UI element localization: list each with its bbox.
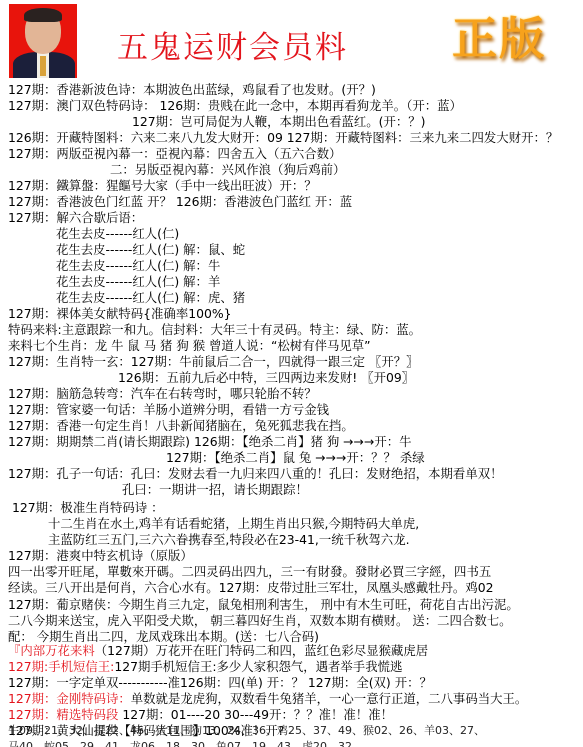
text-line: 127期：期期禁二肖(请长期跟踪) 126期：【绝杀二肖】猪 狗 →→→开：牛 bbox=[8, 434, 412, 450]
highlight-text: 单数就是龙虎狗，双数看牛兔猪羊，一心一意行正道，二八事码当大王。 bbox=[131, 691, 528, 706]
highlight-text: 127期：一字定单双-----------准126期：四(单) 开：？ 127期… bbox=[8, 675, 432, 690]
highlight-line: 『内部万花来料（127期）万花开在旺门特码二和四，蓝红色彩尽显猴藏虎居 bbox=[8, 643, 428, 659]
text-line: 花生去皮------红人(仁) bbox=[56, 226, 179, 242]
text-line: 四一出零开旺尾，單數來开碼。二四灵码出四九，三一有財發。發財必買三字經，四书五 bbox=[8, 564, 491, 580]
text-line: 127期：鐵算盤：猩饇号大家（手中一线出旺波）开：？ bbox=[8, 178, 317, 194]
text-line: 127期：脑筋急转弯：汽车在右转弯时，哪只轮胎不转？ bbox=[8, 386, 317, 402]
text-line: 126期：开藏特图料：六来二来八九发大财开：09 127期：开藏特图料：三来九来… bbox=[8, 130, 558, 146]
text-line: 127期：香港一句定生肖！八卦新闻猪脑在，兔死狐悲我在挡。 bbox=[8, 418, 354, 434]
text-line: 127期：孔子一句话：孔曰：发财去看一九归来四八重的！孔曰：发财绝招，本期看单双… bbox=[8, 466, 503, 482]
text-line: 127期：香港新波色诗：本期波色出蓝绿，鸡鼠看了也发财。(开？) bbox=[8, 82, 376, 98]
highlight-text: 127期：01----20 30---49开：？？准！准！准！ bbox=[118, 707, 393, 722]
number-list-line: 马40、蛇05、29、41、龙06、18、30、兔07、19、43、虎20、32 bbox=[8, 739, 352, 747]
text-line: 127期：葡京赌侠：今期生肖三九定，鼠兔相刑利害生， 刑中有木生可旺，荷花自古出… bbox=[8, 597, 519, 613]
text-line: 二八今期来送宝，虎入平阳受犬欺， 朝三暮四好生肖，双数本期有横财。 送：二四合数… bbox=[8, 613, 512, 629]
text-line: 十二生肖在水土,鸡羊有话看蛇猪，上期生肖出只猴,今期特码大单虎, bbox=[48, 516, 419, 532]
text-line: 主蓝防红三五门,三六六眷携春至,特段必在23-41,一统千秋驾六龙. bbox=[48, 532, 410, 548]
text-line: 经读。三八开出是何肖，六合心水有。127期：皮带过肚三军壮，凤凰头感戴牡丹。鸡0… bbox=[8, 580, 493, 596]
text-line: 花生去皮------红人(仁) 解：鼠、蛇 bbox=[56, 242, 245, 258]
text-line: 花生去皮------红人(仁) 解：牛 bbox=[56, 258, 220, 274]
text-line: 127期：极准生肖特码诗 ： bbox=[12, 500, 164, 516]
highlight-line: 127期：一字定单双-----------准126期：四(单) 开：？ 127期… bbox=[8, 675, 432, 691]
text-line: 126期：五前九后必中特，三四两边来发财! 〖开09〗 bbox=[118, 370, 414, 386]
text-line: 127期：岂可局促为人鞭，本期出色看蓝红。(开：？) bbox=[132, 114, 426, 130]
text-line: 127期：澳门双色特码诗： 126期：贵贱在此一念中，本期再看狗龙羊。（开：蓝） bbox=[8, 98, 462, 114]
highlight-label: 127期：精选特码段 bbox=[8, 707, 118, 722]
highlight-text: （127期）万花开在旺门特码二和四，蓝红色彩尽显猴藏虎居 bbox=[95, 643, 428, 658]
highlight-line: 127期：精选特码段 127期：01----20 30---49开：？？准！准！… bbox=[8, 707, 393, 723]
text-line: 花生去皮------红人(仁) 解：虎、猪 bbox=[56, 290, 245, 306]
text-line: 孔曰：一期讲一招，请长期跟踪！ bbox=[122, 482, 308, 498]
text-line: 花生去皮------红人(仁) 解：羊 bbox=[56, 274, 220, 290]
photo-tie bbox=[40, 56, 46, 76]
text-line: 127期：管家婆一句话：羊肠小道辨分明，看错一方亏金钱 bbox=[8, 402, 329, 418]
text-line: 127期：香港波色门红蓝 开？ 126期：香港波色门蓝红 开：蓝 bbox=[8, 194, 352, 210]
text-line: 特码来料:主意跟踪一和九。信封料：大年三十有灵码。特主：绿、防：蓝。 bbox=[8, 322, 421, 338]
highlight-label: 『内部万花来料 bbox=[8, 643, 95, 658]
number-list-line: 牛09、21、32、鼠22、46、猪11、狗13、24、36、鸡25、37、49… bbox=[8, 723, 485, 739]
highlight-label: 127期：金刚特码诗： bbox=[8, 691, 131, 706]
highlight-line: 127期:手机短信王:127期手机短信王:多少人家积怨气，遇者举手我慌逃 bbox=[8, 659, 402, 675]
text-line: 127期：两版亞視內幕一：亞視內幕：四舍五入（五六合数） bbox=[8, 146, 341, 162]
text-line: 127期：【绝杀二肖】鼠 兔 →→→开：？？ 杀绿 bbox=[166, 450, 425, 466]
text-line: 127期：解六合歇后语： bbox=[8, 210, 143, 226]
text-line: 127期：港爽中特玄机诗（原版） bbox=[8, 548, 193, 564]
highlight-line: 127期：金刚特码诗：单数就是龙虎狗，双数看牛兔猪羊，一心一意行正道，二八事码当… bbox=[8, 691, 527, 707]
highlight-label: 127期:手机短信王: bbox=[8, 659, 114, 674]
highlight-text: 127期手机短信王:多少人家积怨气，遇者举手我慌逃 bbox=[114, 659, 402, 674]
text-line: 127期：生肖特一玄：127期：牛前鼠后二合一，四就得一跟三定 〖开？〗 bbox=[8, 354, 419, 370]
text-line: 来料七个生肖：龙 牛 鼠 马 猪 狗 猴 曾道人说：“松树有伴马见草” bbox=[8, 338, 371, 354]
genuine-badge: 正版 bbox=[452, 2, 546, 67]
page-title: 五鬼运财会员料 bbox=[117, 22, 348, 67]
text-line: 127期：裸体美女献特码{准确率100%} bbox=[8, 306, 232, 322]
text-line: 二：另版亞視內幕：兴风作浪（狗后鸡前） bbox=[110, 162, 345, 178]
photo-hair bbox=[24, 8, 62, 22]
portrait-photo bbox=[9, 4, 77, 78]
